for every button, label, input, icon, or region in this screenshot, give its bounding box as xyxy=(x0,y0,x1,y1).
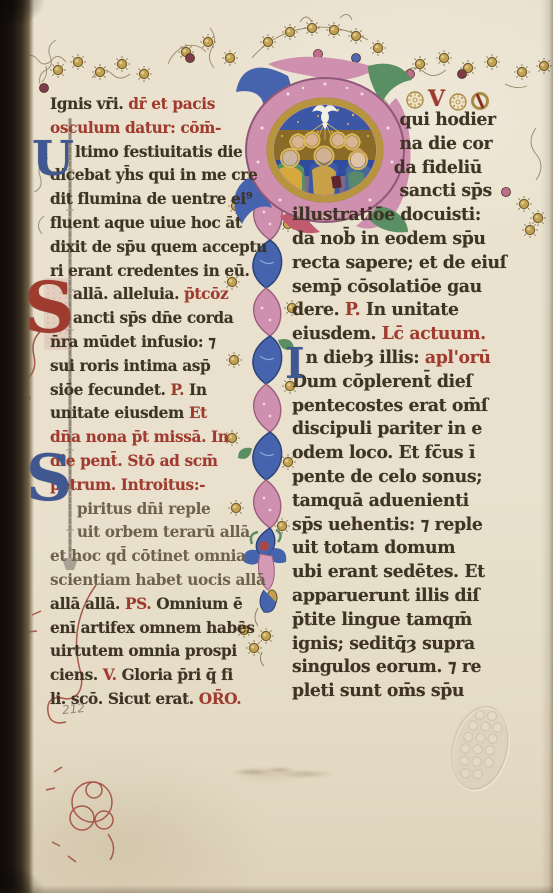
text-line: pente de celo sonus; xyxy=(292,465,532,489)
text-run: pente de celo sonus; xyxy=(292,466,482,487)
text-run: dn̄a nona p̄t missā. In xyxy=(50,427,229,446)
text-line: qui hodier xyxy=(292,108,532,132)
text-run: dicebat yh̄s qui in me cre xyxy=(50,165,257,184)
text-run: Lc̄ actuum. xyxy=(382,323,486,344)
offset-ink-smudge xyxy=(212,764,347,784)
text-line: ubi erant sedētes. Et xyxy=(292,560,532,584)
text-run: Ignis vr̄i. xyxy=(50,94,128,113)
text-run: ancti sp̄s dn̄e corda xyxy=(73,308,233,327)
text-line: dn̄a nona p̄t missā. In xyxy=(50,425,256,449)
text-line: siōe fecundet. P. In xyxy=(50,378,256,402)
text-line: fluent aque uiue hoc āt xyxy=(50,211,256,235)
text-run: da fideliū xyxy=(394,157,482,178)
text-run: odem loco. Et fc̄us ī xyxy=(292,442,475,463)
text-line: Ignis vr̄i. dr̄ et pacis xyxy=(50,92,256,116)
text-line: na die cor xyxy=(292,132,532,156)
text-run: uit orbem terarū allā xyxy=(77,522,250,541)
text-run: dere. xyxy=(292,299,345,320)
text-line: pleti sunt om̄s sp̄u xyxy=(292,679,532,703)
text-run: ciens. xyxy=(50,665,103,684)
text-line: petrum. Introitus:- xyxy=(50,473,256,497)
text-line: sp̄s uehentis: ⁊ reple xyxy=(292,513,532,537)
page-edge-shadow xyxy=(0,885,553,893)
text-line: n diebȝ illis: apl'orū xyxy=(292,346,532,370)
text-run: OR̄O. xyxy=(199,689,241,708)
text-line: osculum datur: cōm̄- xyxy=(50,116,256,140)
text-run: tamquā aduenienti xyxy=(292,490,469,511)
text-line: dere. P. In unitate xyxy=(292,298,532,322)
text-run: p̄tcōz xyxy=(184,284,228,303)
text-line: sancti sp̄s xyxy=(292,179,532,203)
text-line: dit flumina de uentre ei⁹ xyxy=(50,187,256,211)
text-run: da nob̄ in eodem sp̄u xyxy=(292,228,486,249)
text-run: Et xyxy=(189,403,207,422)
text-line: ltimo festiuitatis die xyxy=(50,140,256,164)
text-run: dixit de sp̄u quem acceptu xyxy=(50,237,267,256)
text-run: qui hodier xyxy=(400,109,496,130)
text-run: ignis; seditq̄ȝ supra xyxy=(292,633,475,654)
text-line: ciens. V. Gloria p̄ri q̄ fi xyxy=(50,663,256,687)
text-line: Dum cōplerent̄ dieſ xyxy=(292,370,532,394)
text-line: ri erant credentes in eū. xyxy=(50,259,256,283)
text-run: uit totam domum xyxy=(292,537,455,558)
text-line: uit orbem terarū allā xyxy=(50,520,256,544)
text-run: die pent̄. Stō ad scm̄ xyxy=(50,451,218,470)
text-run: PS. xyxy=(125,594,156,613)
text-run: ri erant credentes in eū. xyxy=(50,261,250,280)
text-line: eiusdem. Lc̄ actuum. xyxy=(292,322,532,346)
text-run: piritus dn̄i reple xyxy=(77,499,211,518)
text-line: odem loco. Et fc̄us ī xyxy=(292,441,532,465)
blind-embossed-stamp xyxy=(438,698,522,798)
text-run: singulos eorum. ⁊ re xyxy=(292,656,481,677)
versal-initial-s: S xyxy=(24,276,75,339)
text-run: n̄ra mūdet infusio: ⁊ xyxy=(50,332,216,351)
text-line: uirtutem omnia prospi xyxy=(50,639,256,663)
text-line: semp̄ cōsolatiōe gau xyxy=(292,275,532,299)
text-line: ignis; seditq̄ȝ supra xyxy=(292,632,532,656)
text-run: ltimo festiuitatis die xyxy=(75,142,242,161)
versal-initial-s: S xyxy=(26,450,72,508)
text-run: sui roris intima asp̄ xyxy=(50,356,210,375)
text-run: osculum datur: cōm̄- xyxy=(50,118,221,137)
running-header-ornament-letter: V xyxy=(428,86,445,112)
pencil-folio-number: 212 xyxy=(61,701,85,717)
text-line: p̄tite lingue tamqm̄ xyxy=(292,608,532,632)
text-line: illustratiōe docuisti: xyxy=(292,203,532,227)
text-run: Gloria p̄ri q̄ fi xyxy=(122,665,233,684)
text-line: discipuli pariter in e xyxy=(292,417,532,441)
text-line: uit totam domum xyxy=(292,536,532,560)
text-run: uirtutem omnia prospi xyxy=(50,641,237,660)
text-run: allā. alleluia. xyxy=(73,284,184,303)
text-run: Omnium ē xyxy=(156,594,242,613)
text-run: dr̄ et pacis xyxy=(128,94,215,113)
text-line: allā allā. PS. Omnium ē xyxy=(50,592,256,616)
text-run: scientiam habet uocis allā xyxy=(50,570,266,589)
text-line: recta sapere; et de eiuſ xyxy=(292,251,532,275)
text-run: ubi erant sedētes. Et xyxy=(292,561,485,582)
text-line: dicebat yh̄s qui in me cre xyxy=(50,163,256,187)
text-run: p̄tite lingue tamqm̄ xyxy=(292,609,472,630)
text-run: sancti sp̄s xyxy=(400,180,492,201)
text-line: sui roris intima asp̄ xyxy=(50,354,256,378)
text-run: unitate eiusdem xyxy=(50,403,189,422)
text-run: allā allā. xyxy=(50,594,125,613)
text-run: recta sapere; et de eiuſ xyxy=(292,252,507,273)
text-line: ancti sp̄s dn̄e corda xyxy=(50,306,256,330)
text-column-right: qui hodierna die corda fideliūsancti sp… xyxy=(292,108,542,703)
text-run: P. xyxy=(170,380,189,399)
text-line: singulos eorum. ⁊ re xyxy=(292,655,532,679)
text-line: allā. alleluia. p̄tcōz xyxy=(50,282,256,306)
text-run: V. xyxy=(103,665,122,684)
text-line: et hoc qd̄ cōtinet omnia xyxy=(50,544,256,568)
gutter-corner-shadow xyxy=(0,0,60,40)
text-run: Dum cōplerent̄ dieſ xyxy=(292,371,472,392)
text-run: siōe fecundet. xyxy=(50,380,170,399)
text-run: enī artifex omnem habēs xyxy=(50,618,254,637)
text-run: fluent aque uiue hoc āt xyxy=(50,213,242,232)
text-run: illustratiōe docuisti: xyxy=(292,204,481,225)
text-run: semp̄ cōsolatiōe gau xyxy=(292,276,482,297)
text-line: scientiam habet uocis allā xyxy=(50,568,256,592)
page-edge-shadow xyxy=(541,0,553,893)
text-line: pentecostes erat om̄ſ xyxy=(292,394,532,418)
text-line: piritus dn̄i reple xyxy=(50,497,256,521)
text-line: unitate eiusdem Et xyxy=(50,401,256,425)
text-line: dixit de sp̄u quem acceptu xyxy=(50,235,256,259)
text-line: enī artifex omnem habēs xyxy=(50,616,256,640)
text-line: apparuerunt illis diſ xyxy=(292,584,532,608)
versal-initial-u: U xyxy=(32,138,74,181)
text-run: petrum. Introitus:- xyxy=(50,475,205,494)
text-run: apparuerunt illis diſ xyxy=(292,585,479,606)
text-line: tamquā aduenienti xyxy=(292,489,532,513)
text-run: pentecostes erat om̄ſ xyxy=(292,395,488,416)
text-line: da nob̄ in eodem sp̄u xyxy=(292,227,532,251)
text-run: P. xyxy=(345,299,366,320)
text-line: da fideliū xyxy=(292,156,532,180)
manuscript-page: Ignis vr̄i. dr̄ et pacisosculum datur: c… xyxy=(0,0,553,893)
text-run: pleti sunt om̄s sp̄u xyxy=(292,680,464,701)
text-run: et hoc qd̄ cōtinet omnia xyxy=(50,546,246,565)
text-run: In unitate xyxy=(366,299,459,320)
text-line: die pent̄. Stō ad scm̄ xyxy=(50,449,256,473)
text-run: In xyxy=(189,380,207,399)
text-line: n̄ra mūdet infusio: ⁊ xyxy=(50,330,256,354)
text-run: sp̄s uehentis: ⁊ reple xyxy=(292,514,482,535)
text-run: dit flumina de uentre ei⁹ xyxy=(50,189,252,208)
text-run: n diebȝ illis: xyxy=(305,347,424,368)
versal-initial-i: I xyxy=(285,345,305,383)
text-run: na die cor xyxy=(400,133,493,154)
text-run: eiusdem. xyxy=(292,323,382,344)
text-run: apl'orū xyxy=(425,347,491,368)
text-column-left: Ignis vr̄i. dr̄ et pacisosculum datur: c… xyxy=(50,92,265,711)
text-run: discipuli pariter in e xyxy=(292,418,482,439)
